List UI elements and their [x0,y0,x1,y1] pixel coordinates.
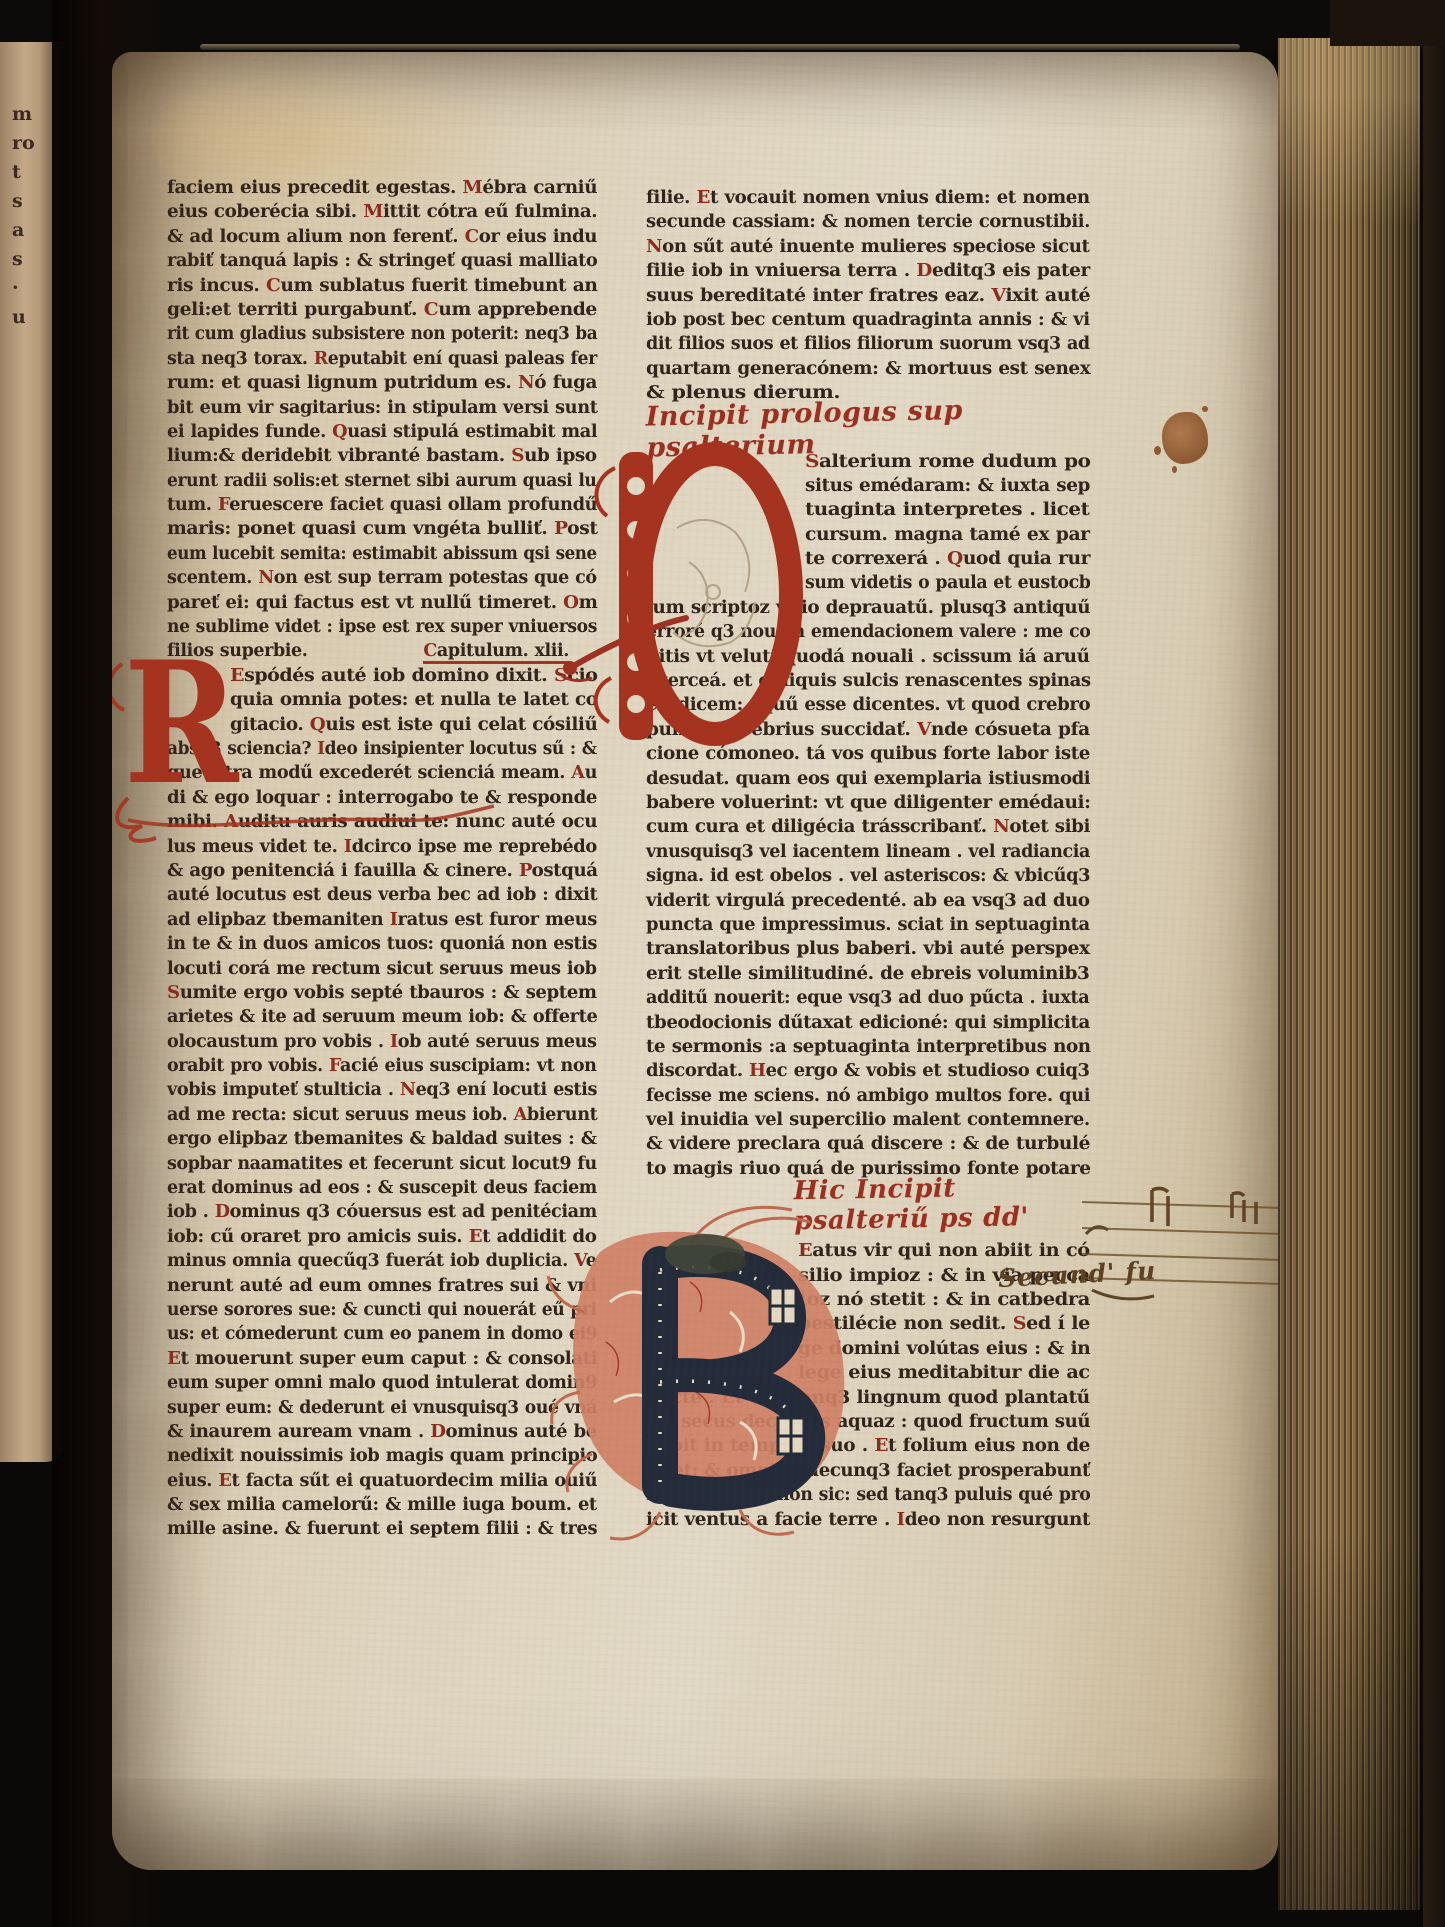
vellum-page: faciem eius precedit egestas. Mébra carn… [112,52,1278,1870]
text-line: signa. id est obelos . vel asteriscos: &… [646,864,1090,888]
text-line: translatoribus plus baberi. vbi auté per… [646,937,1090,961]
text-line: sopbar naamatites et fecerunt sicut locu… [167,1152,597,1176]
text-line: uerse sorores sue: & cuncti qui nouerát … [167,1298,597,1322]
rubricated-capital: F [218,495,229,515]
rubricated-capital: C [424,300,438,320]
prologue-paragraph-indented: Salterium rome dudum positus emédaram: &… [805,450,1090,596]
text-line: auté locutus est deus verba bec ad iob :… [167,883,597,907]
text-line: erat dominus ad eos : & suscepit deus fa… [167,1176,597,1200]
rubricated-capital: I [897,1510,905,1530]
text-line: filie iob in vniuersa terra . Deditq3 ei… [646,259,1090,283]
prologue-paragraph: ium scriptoz vitio deprauatű. plusq3 ant… [646,596,1090,1181]
job-text-block: faciem eius precedit egestas. Mébra carn… [167,176,597,639]
text-line: dabit in tempore suo . Et folium eius no… [646,1434,1090,1458]
response-paragraph-indented: Espódés auté iob domino dixit. Scioquia … [230,664,597,737]
rubricated-capital: E [469,1227,482,1247]
rubricated-capital: D [215,1202,230,1222]
text-line: vel inuidia vel supercilio malent contem… [646,1108,1090,1132]
rubricated-capital: E [697,188,710,208]
rubricated-capital: S [167,983,180,1003]
text-line: eradicem: equű esse dicentes. vt quod cr… [646,693,1090,717]
text-line: us: et cómederunt cum eo panem in domo e… [167,1322,597,1346]
text-line: tbeodocionis dűtaxat edicioné: qui simpl… [646,1011,1090,1035]
rubricated-capital: R [314,349,328,369]
text-line: mille asine. & fuerunt ei septem filii :… [167,1517,597,1541]
rubricated-capital: N [993,817,1009,837]
text-line: Et mouerunt super eum caput : & consolat… [167,1347,597,1371]
rubric-heading-psalter: Hic Incipit psalteriű ps dd' [646,1177,1091,1243]
text-line: rum: et quasi lignum putridum es. Nó fug… [167,371,597,395]
rubricated-capital: S [511,446,524,466]
text-line: ei lapides funde. Quasi stipulá estimabi… [167,420,597,444]
rubricated-capital: I [344,837,352,857]
text-line: dit filios suos et filios filiorum suoru… [646,332,1090,356]
text-line: vnusquisq3 vel iacentem lineam . vel rad… [646,840,1090,864]
rubricated-capital: E [230,666,244,686]
text-line: Eatus vir qui non abiit in có [798,1239,1090,1263]
text-line: geli:et territi purgabunť. Cum apprebend… [167,298,597,322]
text-line: lege eius meditabitur die ac [798,1361,1090,1385]
rubricated-capital: V [991,286,1005,306]
text-line: discordat. Hec ergo & vobis et studioso … [646,1059,1090,1083]
text-line: cum cura et diligécia trásscribanť. Note… [646,815,1090,839]
rubricated-capital: N [518,373,534,393]
text-line: lium:& deridebit vibranté bastam. Sub ip… [167,444,597,468]
text-line: gitacio. Quis est iste qui celat cósiliű [230,713,597,737]
chapter-heading: Capitulum. xlii. [423,639,569,663]
text-line: gitis vt veluti quodá nouali . scissum i… [646,645,1090,669]
rubricated-capital: F [329,1056,340,1076]
text-line: filie. Et vocauit nomen vnius diem: et n… [646,186,1090,210]
text-line: fecisse me sciens. nó ambigo multos fore… [646,1084,1090,1108]
page-top-edge [200,44,1240,50]
rubric-heading-prologue: Incipit prologus sup psalterium [646,401,1091,454]
text-line: nerunt auté ad eum omnes fratres sui & v… [167,1274,597,1298]
text-line: Espódés auté iob domino dixit. Scio [230,664,597,688]
text-line: maris: ponet quasi cum vngéta bulliť. Po… [167,517,597,541]
rubricated-capital: C [423,641,437,661]
text-line: ad elipbaz tbemaniten Iratus est furor m… [167,908,597,932]
text-line: ne sublime videt : ipse est rex super vn… [167,615,597,639]
text-line: pareť ei: qui factus est vt nullű timere… [167,591,597,615]
text-line: ium scriptoz vitio deprauatű. plusq3 ant… [646,596,1090,620]
rubricated-capital: P [554,519,567,539]
rubricated-capital: E [874,1436,888,1456]
rubricated-capital: Q [947,549,963,569]
rubricated-capital: A [224,812,238,832]
text-line: iob: cű oraret pro amicis suis. Et addid… [167,1225,597,1249]
text-line: desudat. quam eos qui exemplaria istiusm… [646,767,1090,791]
text-line: nocte . Et erit tanq3 lingnum quod plant… [646,1386,1090,1410]
job-end-block: filie. Et vocauit nomen vnius diem: et n… [646,186,1090,406]
text-line: suus bereditaté inter fratres eaz. Vixit… [646,284,1090,308]
rubricated-capital: O [563,593,578,613]
text-line: lus meus videt te. Idcirco ipse me repre… [167,835,597,859]
text-line: absq3 sciencia? Ideo insipienter locutus… [167,737,597,761]
rubricated-capital: I [390,910,398,930]
rubricated-capital: A [571,763,584,783]
text-line: exerceá. et obliquis sulcis renascentes … [646,669,1090,693]
text-line: di & ego loquar : interrogabo te & respo… [167,786,597,810]
text-line: situs emédaram: & iuxta sep [805,474,1090,498]
text-line: fluet: & omnia quecunq3 faciet prosperab… [646,1459,1090,1483]
right-text-column: filie. Et vocauit nomen vnius diem: et n… [646,186,1090,1532]
text-line: sum videtis o paula et eustocb [805,571,1090,595]
text-line: te correxerá . Quod quia rur [805,547,1090,571]
text-line: bit eum vir sagitarius: in stipulam vers… [167,396,597,420]
rubricated-capital: S [805,452,819,472]
rubricated-capital: S [1013,1314,1026,1334]
text-line: locuti corá me rectum sicut seruus meus … [167,957,597,981]
text-line: faciem eius precedit egestas. Mébra carn… [167,176,597,200]
text-line: & videre preclara quá discere : & de tur… [646,1132,1090,1156]
rubricated-capital: Q [310,715,326,735]
text-line: arietes & ite ad seruum meum iob: & offe… [167,1005,597,1029]
text-line: erunt radii solis:et sternet sibi aurum … [167,469,597,493]
rubricated-capital: N [258,568,274,588]
text-line: quia omnia potes: et nulla te latet co [230,688,597,712]
rubricated-capital: M [363,202,383,222]
text-line: est secus decursus aquaz : quod fructum … [646,1410,1090,1434]
text-line: ge domini volútas eius : & in [798,1337,1090,1361]
text-line: pullulat crebrius succidať. Vnde cósueta… [646,718,1090,742]
rubricated-capital: Q [332,422,347,442]
rubricated-capital: A [514,1105,527,1125]
text-line: additű nouerit: eque vsq3 ad duo pűcta .… [646,986,1090,1010]
rubricated-capital: N [646,1485,661,1505]
text-line: olocaustum pro vobis . Iob auté seruus m… [167,1030,597,1054]
margin-annotation-strokes [1082,1178,1278,1328]
rubricated-capital: N [646,237,662,257]
text-line: & sex milia camelorű: & mille iuga boum.… [167,1493,597,1517]
rubricated-capital: E [721,1388,735,1408]
text-line: ris incus. Cum sublatus fuerit timebunt … [167,274,597,298]
text-line: vobis imputeť stulticia . Neq3 ení locut… [167,1078,597,1102]
text-line: te sermonis :a septuaginta interpretibus… [646,1035,1090,1059]
book-cover-corner [1330,0,1445,46]
response-paragraph: absq3 sciencia? Ideo insipienter locutus… [167,737,597,1542]
text-line: eius. Et facta sűt ei quatuordecim milia… [167,1469,597,1493]
text-line: ad me recta: sicut seruus meus iob. Abie… [167,1103,597,1127]
text-line: tuaginta interpretes . licet [805,498,1090,522]
text-line: erit stelle similitudiné. de ebreis volu… [646,962,1090,986]
book-cover-edge [1423,0,1445,1927]
text-line: rit cum gladius subsistere non poterit: … [167,322,597,346]
text-line: Non sűt auté inuente mulieres speciose s… [646,235,1090,259]
text-line: cursum. magna tamé ex par [805,523,1090,547]
text-line: ergo elipbaz tbemanites & baldad suites … [167,1127,597,1151]
text-line: & ad locum alium non ferenť. Cor eius in… [167,225,597,249]
text-line: nedixit nouissimis iob magis quam princi… [167,1444,597,1468]
text-line: quartam generacónem: & mortuus est senex [646,357,1090,381]
rubricated-capital: D [430,1422,445,1442]
text-line: cione cómoneo. tá vos quibus forte labor… [646,742,1090,766]
text-line: Non sic impii non sic: sed tanq3 puluis … [646,1483,1090,1507]
text-line: secunde cassiam: & nomen tercie cornusti… [646,210,1090,234]
rubricated-capital: E [798,1241,812,1261]
text-line: icit ventus a facie terre . Ideo non res… [646,1508,1090,1532]
rubricated-capital: I [317,739,325,759]
text-line: orabit pro vobis. Facié eius suscipiam: … [167,1054,597,1078]
paragraph-end-text: filios superbie. [167,639,307,663]
text-line: & inaurem auream vnam . Dominus auté be [167,1420,597,1444]
chapter-heading-row: filios superbie. Capitulum. xlii. [167,639,597,663]
text-line: mibi. Auditu auris audiui te: nunc auté … [167,810,597,834]
text-line: viderit virgulá precedenté. ab ea vsq3 a… [646,889,1090,913]
rubricated-capital: P [519,861,532,881]
rubricated-capital: E [167,1349,181,1369]
text-line: pestilécie non sedit. Sed í le [798,1312,1090,1336]
psalm-paragraph: nocte . Et erit tanq3 lingnum quod plant… [646,1386,1090,1532]
text-line: eum lucebit semita: estimabit abissum qs… [167,542,597,566]
rubricated-capital: V [917,720,931,740]
text-line: Sumite ergo vobis septé tbauros : & sept… [167,981,597,1005]
text-line: eius coberécia sibi. Mittit cótra eű ful… [167,200,597,224]
text-line: sta neq3 torax. Reputabit ení quasi pale… [167,347,597,371]
text-line: scentem. Non est sup terram potestas que… [167,566,597,590]
text-line: puncta que impressimus. sciat in septuag… [646,913,1090,937]
rubricated-capital: D [916,261,932,281]
rubricated-capital: E [218,1471,231,1491]
left-text-column: faciem eius precedit egestas. Mébra carn… [167,176,597,1542]
rubricated-capital: V [574,1251,586,1271]
text-line: tum. Feruescere faciet quasi ollam profu… [167,493,597,517]
text-line: babere voluerint: vt que diligenter eméd… [646,791,1090,815]
text-line: in te & in duos amicos tuos: quoniá non … [167,932,597,956]
text-line: eum super omni malo quod intulerat domin… [167,1371,597,1395]
text-line: erroré q3 nouam emendacionem valere : me… [646,620,1090,644]
rubricated-capital: I [390,1032,398,1052]
rubricated-capital: H [749,1061,766,1081]
fore-edge-pages [1278,38,1420,1910]
rubricated-capital: N [400,1080,416,1100]
ink-blot [1162,412,1208,464]
text-line: & ago penitenciá i fauilla & cinere. Pos… [167,859,597,883]
rubricated-capital: C [465,227,479,247]
rubricated-capital: S [554,666,567,686]
text-line: Salterium rome dudum po [805,450,1090,474]
text-line: que vltra modű excederét scienciá meam. … [167,761,597,785]
text-line: minus omnia quecűq3 fuerát iob duplicia.… [167,1249,597,1273]
text-line: toz nó stetit : & in catbedra [798,1288,1090,1312]
text-line: iob post bec centum quadraginta annis : … [646,308,1090,332]
text-line: rabiť tanquá lapis : & stringeť quasi ma… [167,249,597,273]
rubricated-capital: M [462,178,482,198]
rubricated-capital: C [266,276,280,296]
text-line: super eum: & dederunt ei vnusquisq3 oué … [167,1396,597,1420]
text-line: iob . Dominus q3 cóuersus est ad penitéc… [167,1200,597,1224]
book-photo: mrotsas·u faciem eius precedit egestas. … [0,0,1445,1927]
